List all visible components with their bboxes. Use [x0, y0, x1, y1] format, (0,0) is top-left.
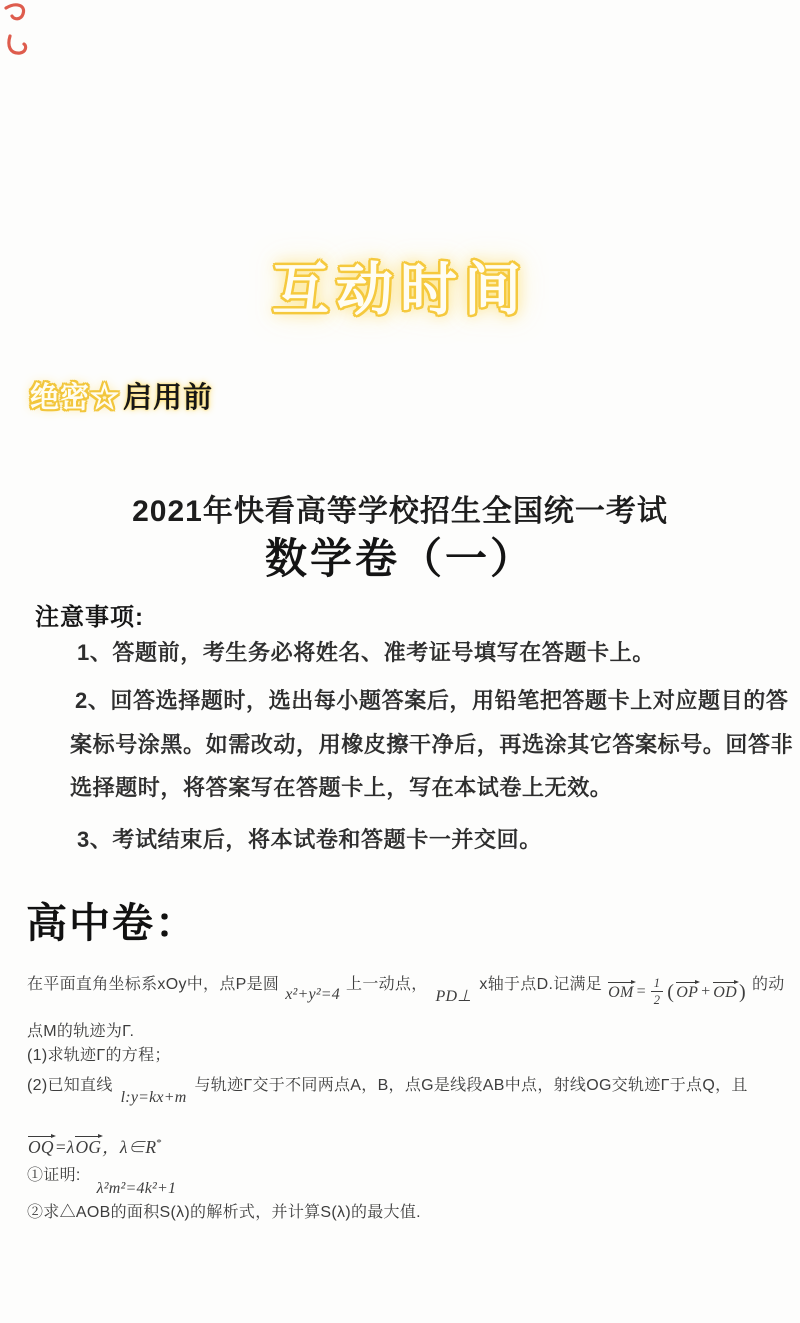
problem-line-2: 点M的轨迹为Γ. — [27, 1019, 780, 1045]
notice-item-2-line-1: 2、回答选择题时，选出每小题答案后，用铅笔把答题卡上对应题目的答 — [75, 684, 788, 715]
exam-title: 2021年快看高等学校招生全国统一考试 — [0, 486, 800, 530]
vector-lambda-condition: OQ=λOG，λ∈R* — [27, 1130, 780, 1160]
prove-label: ①证明: — [27, 1167, 81, 1184]
notice-item-3: 3、考试结束后，将本试卷和答题卡一并交回。 — [77, 823, 542, 854]
secrecy-suffix-label: 启用前 — [123, 382, 213, 414]
superscript-star: * — [156, 1137, 162, 1149]
subquestion-1: ①证明:λ²m²=4k²+1 — [27, 1163, 780, 1202]
notice-heading: 注意事项: — [35, 597, 144, 632]
perpendicular-formula: PD⊥ — [436, 988, 472, 1005]
red-scribble-icon — [0, 0, 48, 70]
secrecy-level-label: 绝密☆ — [30, 382, 120, 414]
secrecy-line: 绝密☆启用前 — [30, 375, 213, 416]
section-heading: 高中卷： — [26, 890, 198, 949]
question-2: (2)已知直线l:y=kx+m与轨迹Γ交于不同两点A，B，点G是线段AB中点，射… — [27, 1073, 780, 1111]
problem-text: x轴于点D.记满足 — [479, 976, 602, 993]
problem-text: (2)已知直线 — [27, 1077, 113, 1094]
vector-OG: OG — [74, 1136, 102, 1157]
problem-text: 上一动点， — [346, 976, 428, 993]
vector-OP: OP — [675, 982, 699, 1001]
banner-title: 互动时间 — [0, 244, 800, 326]
question-1: (1)求轨迹Γ的方程； — [27, 1043, 780, 1069]
problem-text: 与轨迹Γ交于不同两点A，B，点G是线段AB中点，射线OG交轨迹Γ于点Q，且 — [194, 1077, 747, 1094]
notice-item-2-line-3: 选择题时，将答案写在答题卡上，写在本试卷上无效。 — [70, 771, 612, 802]
notice-item-2-line-2: 案标号涂黑。如需改动，用橡皮擦干净后，再选涂其它答案标号。回答非 — [70, 728, 793, 759]
line-equation: l:y=kx+m — [121, 1089, 187, 1106]
one-half-fraction: 12 — [651, 977, 664, 1006]
problem-text: 在平面直角坐标系xOy中，点P是圆 — [27, 976, 279, 993]
problem-line-1: 在平面直角坐标系xOy中，点P是圆x²+y²=4上一动点，PD⊥x轴于点D.记满… — [27, 972, 780, 1010]
problem-text: 的动 — [752, 976, 785, 993]
circle-equation: x²+y²=4 — [285, 986, 340, 1003]
vector-OD: OD — [712, 982, 738, 1001]
exam-paper-page: 互动时间 绝密☆启用前 2021年快看高等学校招生全国统一考试 数学卷（一） 注… — [0, 0, 800, 1323]
vector-midpoint-formula: OM=12(OP+OD) — [607, 977, 747, 1006]
lambda-identity-formula: λ²m²=4k²+1 — [97, 1180, 177, 1197]
notice-item-1: 1、答题前，考生务必将姓名、准考证号填写在答题卡上。 — [77, 636, 655, 667]
paper-subject-title: 数学卷（一） — [0, 526, 800, 586]
vector-OM: OM — [607, 982, 634, 1001]
vector-OQ: OQ — [27, 1136, 55, 1157]
subquestion-2: ②求△AOB的面积S(λ)的解析式，并计算S(λ)的最大值. — [27, 1200, 780, 1226]
